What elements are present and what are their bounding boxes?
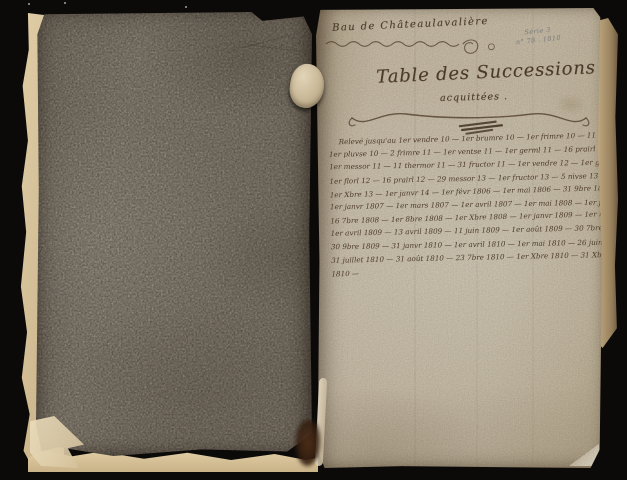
page-corner-curl: [569, 440, 599, 466]
dust-speck: [64, 2, 66, 4]
dust-speck: [185, 6, 187, 8]
manuscript-right-page: Bau de Châteaulavalière Série 3 n° 78 . …: [316, 8, 602, 468]
manuscript-scan: Bau de Châteaulavalière Série 3 n° 78 . …: [0, 0, 627, 480]
left-cover-page: [36, 12, 312, 456]
paper-grain-overlay: [36, 12, 312, 456]
dust-speck: [28, 3, 30, 5]
page-title: Table des Successions: [374, 57, 599, 88]
archival-pencil-note: Série 3 n° 78 . 1810: [497, 23, 578, 48]
manuscript-body: Relevé jusqu'au 1er vendre 10 — 1er brum…: [329, 129, 602, 280]
spiral-flourish-icon: [463, 40, 478, 53]
wavy-underline-icon: [324, 34, 509, 54]
ring-flourish-icon: [488, 44, 494, 50]
